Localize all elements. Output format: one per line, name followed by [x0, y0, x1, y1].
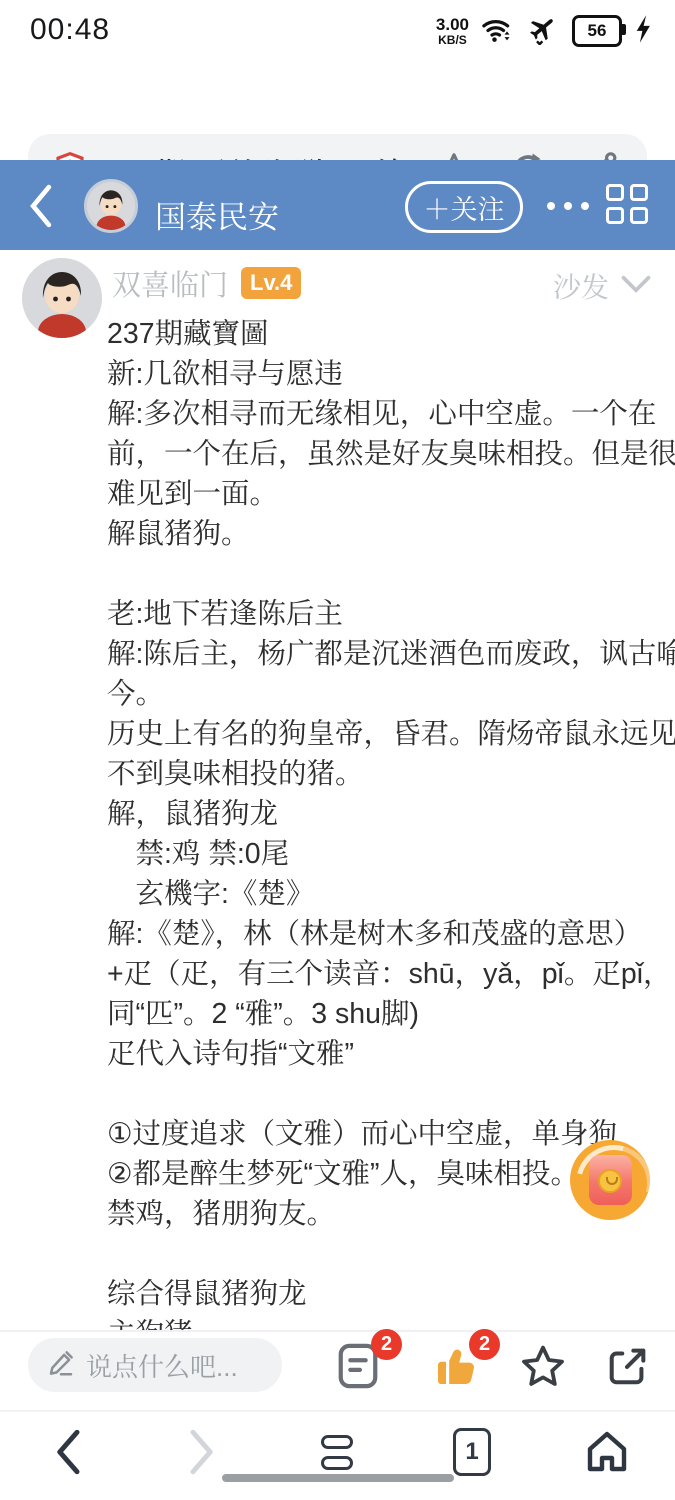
- coin-icon: [598, 1169, 622, 1193]
- comment-input[interactable]: 说点什么吧...: [28, 1338, 282, 1392]
- channel-name: 国泰民安: [155, 192, 279, 237]
- airplane-mode-icon: [525, 13, 561, 50]
- post-content: 237期藏寶圖 新:几欲相寻与愿违 解:多次相寻而无缘相见，心中空虚。一个在 前…: [107, 314, 655, 1354]
- nav-menu-button[interactable]: [307, 1424, 367, 1480]
- author-name[interactable]: 双喜临门: [112, 263, 228, 304]
- nav-forward-button[interactable]: [172, 1424, 232, 1480]
- post-line: [107, 1074, 655, 1114]
- follow-button[interactable]: ＋关注: [405, 181, 523, 233]
- browser-url-section: 237期又是汪汪队？- 澳彩: [0, 60, 675, 160]
- floor-label: 沙发: [553, 266, 609, 306]
- pencil-icon: [46, 1348, 76, 1383]
- post-line: +疋（疋，有三个读音：shū，yǎ，pǐ。疋pǐ，: [107, 954, 655, 994]
- more-options-icon[interactable]: [547, 202, 589, 210]
- comments-button[interactable]: 2: [330, 1336, 386, 1396]
- post-line: 禁:鸡 禁:0尾: [107, 834, 655, 874]
- favorite-star-button[interactable]: [515, 1336, 571, 1396]
- battery-icon: 56: [572, 15, 622, 47]
- post-line: [107, 554, 655, 594]
- post-line: 今。: [107, 674, 655, 714]
- post-line: 解:《楚》，林（林是树木多和茂盛的意思）: [107, 914, 655, 954]
- post-line: 解:多次相寻而无缘相见，心中空虚。一个在: [107, 394, 655, 434]
- post-line: 同“匹”。2 “雅”。3 shu脚): [107, 994, 655, 1034]
- comments-count-badge: 2: [371, 1329, 402, 1360]
- tab-count: 1: [453, 1428, 491, 1476]
- nav-tabs-button[interactable]: 1: [442, 1424, 502, 1480]
- wifi-icon: [480, 14, 514, 49]
- post-line: 禁鸡，猪朋狗友。: [107, 1194, 655, 1234]
- post-line: 难见到一面。: [107, 474, 655, 514]
- network-speed: 3.00 KB/S: [436, 16, 469, 46]
- back-icon[interactable]: [26, 184, 56, 233]
- forward-share-button[interactable]: [600, 1336, 656, 1396]
- chevron-down-icon: [621, 274, 651, 299]
- post-line: 解，鼠猪狗龙: [107, 794, 655, 834]
- red-envelope-icon: [589, 1155, 632, 1205]
- like-count-badge: 2: [469, 1329, 500, 1360]
- post-line: 不到臭味相投的猪。: [107, 754, 655, 794]
- post-line: 前，一个在后，虽然是好友臭味相投。但是很: [107, 434, 655, 474]
- like-button[interactable]: 2: [428, 1336, 484, 1396]
- post-line: 解鼠猪狗。: [107, 514, 655, 554]
- author-avatar[interactable]: [22, 258, 102, 338]
- comment-placeholder: 说点什么吧...: [86, 1347, 238, 1384]
- menu-icon: [321, 1435, 353, 1470]
- mini-apps-grid-icon[interactable]: [606, 184, 649, 226]
- level-badge: Lv.4: [241, 267, 301, 299]
- post-line: 综合得鼠猪狗龙: [107, 1274, 655, 1314]
- nav-back-button[interactable]: [38, 1424, 98, 1480]
- channel-avatar[interactable]: [84, 179, 138, 233]
- red-packet-float-button[interactable]: [570, 1140, 650, 1220]
- post-line: 解:陈后主，杨广都是沉迷酒色而废政，讽古喻: [107, 634, 655, 674]
- clock: 00:48: [30, 13, 110, 47]
- status-bar: 00:48 3.00 KB/S 56: [0, 0, 675, 60]
- post-line: 玄機字:《楚》: [107, 874, 655, 914]
- nav-home-button[interactable]: [577, 1424, 637, 1480]
- post-line: 疋代入诗句指“文雅”: [107, 1034, 655, 1074]
- charging-bolt-icon: [633, 14, 653, 49]
- post-line: 老:地下若逢陈后主: [107, 594, 655, 634]
- post-line: ①过度追求（文雅）而心中空虚，单身狗: [107, 1114, 655, 1154]
- author-row: 双喜临门 Lv.4: [112, 264, 301, 302]
- home-indicator[interactable]: [222, 1474, 454, 1482]
- post-line: 历史上有名的狗皇帝，昏君。隋炀帝鼠永远见: [107, 714, 655, 754]
- floor-selector[interactable]: 沙发: [553, 266, 651, 306]
- post-line: 237期藏寶圖: [107, 314, 655, 354]
- post-line: 新:几欲相寻与愿违: [107, 354, 655, 394]
- post-line: [107, 1234, 655, 1274]
